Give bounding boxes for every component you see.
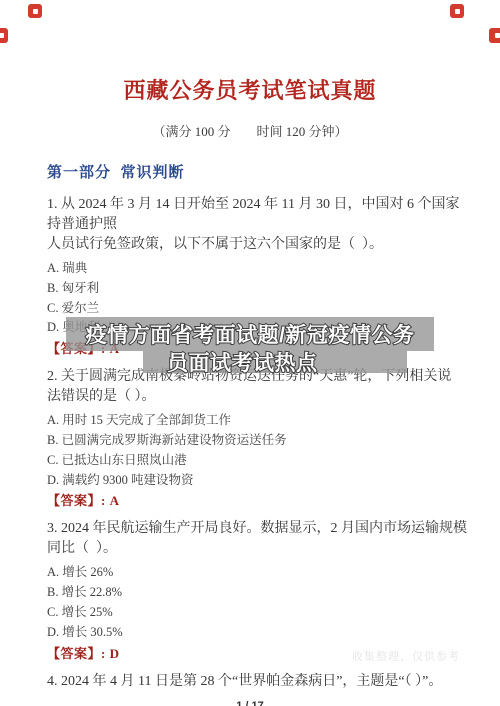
option-c: C. 已抵达山东日照岚山港 bbox=[47, 451, 470, 471]
answer-line: 【答案】: A bbox=[47, 492, 470, 509]
section-header: 第一部分 常识判断 bbox=[47, 161, 500, 182]
red-stamp-icon bbox=[0, 28, 8, 43]
question-text: 4. 2024 年 4 月 11 日是第 28 个“世界帕金森病日”，主题是“（… bbox=[47, 672, 470, 692]
option-a: A. 用时 15 天完成了全部卸货工作 bbox=[47, 411, 470, 431]
overlay-watermark-title-line1: 疫情方面省考面试题/新冠疫情公务 bbox=[66, 317, 434, 351]
stamp-dot-icon bbox=[455, 9, 460, 14]
overlay-watermark-title-line2: 员面试考试热点 bbox=[143, 351, 407, 373]
exam-subtitle: （满分 100 分 时间 120 分钟） bbox=[0, 121, 500, 140]
question-text: 3. 2024 年民航运输生产开局良好。数据显示，2 月国内市场运输规模同比（ … bbox=[47, 519, 470, 559]
options-list: A. 增长 26% B. 增长 22.8% C. 增长 25% D. 增长 30… bbox=[47, 563, 470, 642]
red-stamp-icon bbox=[489, 28, 500, 43]
question-2: 2. 关于圆满完成南极秦岭站物资运送任务的“天惠”轮，下列相关说 法错误的是（ … bbox=[47, 367, 470, 509]
question-text: 1. 从 2024 年 3 月 14 日开始至 2024 年 11 月 30 日… bbox=[47, 195, 470, 235]
faint-watermark-text: 收集整理，仅供参考 bbox=[352, 648, 460, 664]
question-3: 3. 2024 年民航运输生产开局良好。数据显示，2 月国内市场运输规模同比（ … bbox=[47, 519, 470, 661]
option-c: C. 增长 25% bbox=[47, 603, 470, 623]
red-stamp-icon bbox=[450, 4, 464, 18]
stamp-dot-icon bbox=[0, 33, 4, 38]
option-a: A. 增长 26% bbox=[47, 563, 470, 583]
option-b: B. 匈牙利 bbox=[47, 279, 470, 299]
question-text: 人员试行免签政策，以下不属于这六个国家的是（ ）。 bbox=[47, 235, 470, 255]
stamp-dot-icon bbox=[495, 33, 500, 38]
option-b: B. 已圆满完成罗斯海新站建设物资运送任务 bbox=[47, 431, 470, 451]
option-c: C. 爱尔兰 bbox=[47, 299, 470, 319]
exam-title: 西藏公务员考试笔试真题 bbox=[0, 74, 500, 105]
stamp-dot-icon bbox=[33, 9, 38, 14]
option-b: B. 增长 22.8% bbox=[47, 583, 470, 603]
option-d: D. 增长 30.5% bbox=[47, 623, 470, 643]
exam-document-page: 西藏公务员考试笔试真题 （满分 100 分 时间 120 分钟） 第一部分 常识… bbox=[0, 0, 500, 706]
question-4: 4. 2024 年 4 月 11 日是第 28 个“世界帕金森病日”，主题是“（… bbox=[47, 672, 470, 692]
red-stamp-icon bbox=[28, 4, 42, 18]
option-d: D. 满载约 9300 吨建设物资 bbox=[47, 471, 470, 491]
question-text: 法错误的是（ ）。 bbox=[47, 387, 470, 407]
option-a: A. 瑞典 bbox=[47, 259, 470, 279]
options-list: A. 用时 15 天完成了全部卸货工作 B. 已圆满完成罗斯海新站建设物资运送任… bbox=[47, 411, 470, 490]
page-number: 1 / 17 bbox=[0, 700, 500, 706]
